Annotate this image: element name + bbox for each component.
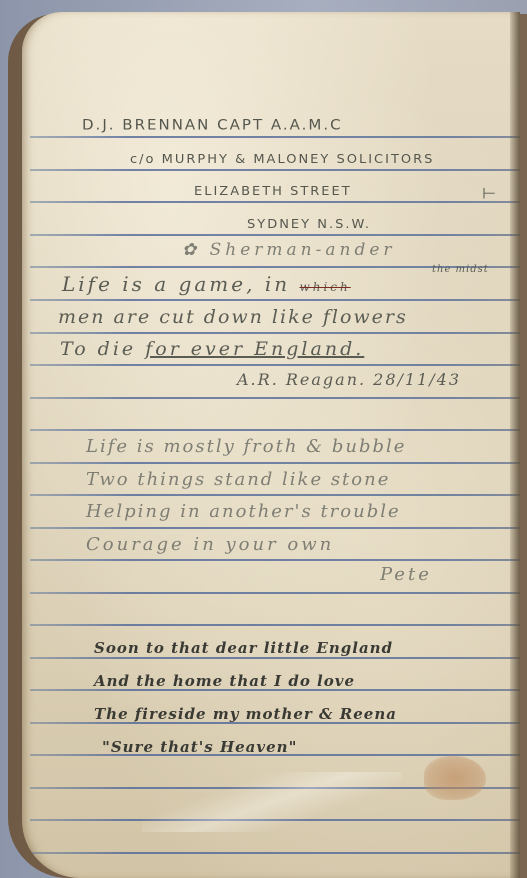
ruled-line — [30, 429, 520, 431]
address-street-line: ELIZABETH STREET — [194, 184, 352, 198]
address-margin-mark: ⊢ — [482, 184, 498, 202]
ruled-line — [30, 494, 520, 496]
flourish-signature: ✿ Sherman-ander — [182, 240, 396, 260]
verse2-line3: Helping in another's trouble — [86, 501, 401, 522]
verse2-line2: Two things stand like stone — [86, 469, 390, 490]
page-edge — [510, 12, 520, 878]
ruled-line — [30, 201, 520, 203]
verse2-signature: Pete — [380, 564, 432, 585]
ruled-line — [30, 234, 520, 236]
verse1-line1-text: Life is a game, in — [62, 272, 290, 296]
ruled-line — [30, 136, 520, 138]
verse1-line3-underlined: for ever England. — [145, 338, 364, 360]
address-care-of-line: c/o MURPHY & MALONEY SOLICITORS — [130, 152, 434, 166]
ruled-line — [30, 332, 520, 334]
ruled-line — [30, 852, 520, 854]
ruled-line — [30, 299, 520, 301]
verse3-line2: And the home that I do love — [94, 672, 355, 690]
verse1-struck-word: which — [299, 280, 350, 294]
verse1-line3-prefix: To die — [60, 338, 136, 360]
ruled-line — [30, 527, 520, 529]
verse1-line2: men are cut down like flowers — [58, 306, 408, 328]
address-city-line: SYDNEY N.S.W. — [247, 217, 371, 231]
ruled-line — [30, 657, 520, 659]
address-name-line: D.J. BRENNAN CAPT A.A.M.C — [82, 116, 343, 133]
verse1-line3: To die for ever England. — [60, 338, 364, 360]
ruled-line — [30, 592, 520, 594]
ruled-line — [30, 397, 520, 399]
ruled-line — [30, 364, 520, 366]
verse3-line3: The fireside my mother & Reena — [94, 705, 397, 723]
verse1-signature: A.R. Reagan. 28/11/43 — [237, 370, 461, 389]
stain-mark — [424, 756, 486, 800]
ruled-line — [30, 624, 520, 626]
ruled-line — [30, 169, 520, 171]
verse2-line1: Life is mostly froth & bubble — [86, 436, 406, 457]
verse1-line1: Life is a game, in which — [62, 272, 351, 296]
paper-crease — [142, 772, 402, 832]
verse3-line4: "Sure that's Heaven" — [102, 738, 297, 756]
verse2-line4: Courage in your own — [86, 534, 334, 555]
verse3-line1: Soon to that dear little England — [94, 639, 393, 657]
notebook-page: D.J. BRENNAN CAPT A.A.M.C c/o MURPHY & M… — [22, 12, 520, 878]
ruled-line — [30, 462, 520, 464]
verse1-insertion: the midst — [432, 264, 489, 275]
ruled-line — [30, 559, 520, 561]
